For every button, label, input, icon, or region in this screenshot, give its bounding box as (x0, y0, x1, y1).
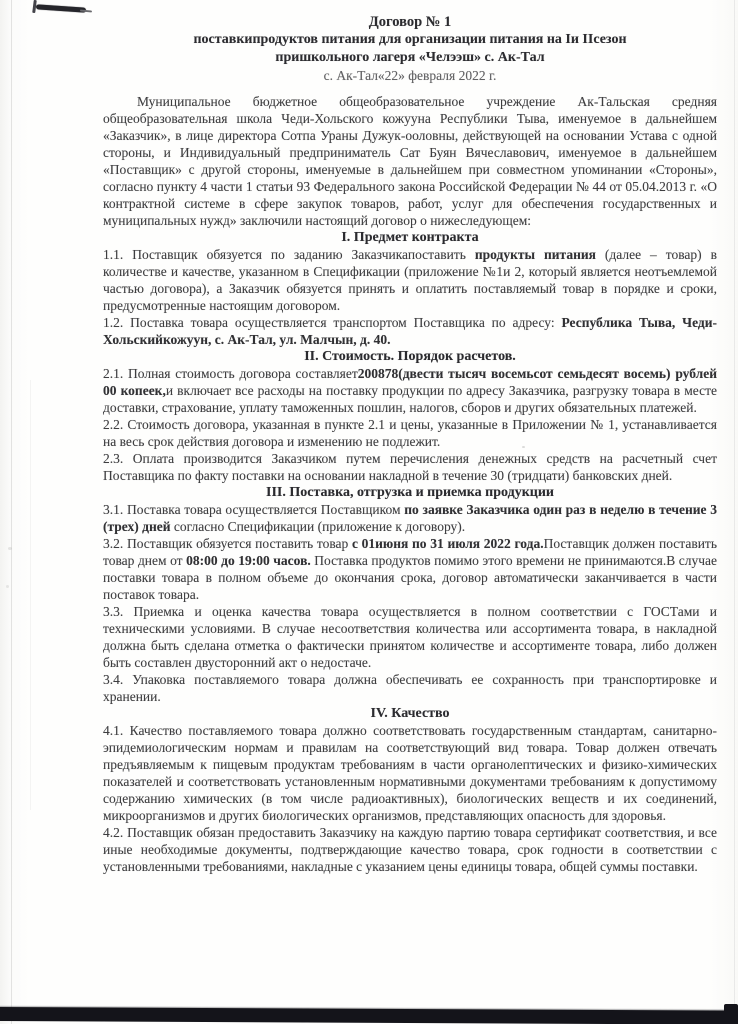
contract-body: Муниципальное бюджетное общеобразователь… (103, 93, 717, 875)
clause-3-1: 3.1. Поставка товара осуществляется Пост… (103, 501, 717, 535)
scanner-black-bar (0, 1007, 738, 1024)
clause-3-3: 3.3. Приемка и оценка качества товара ос… (103, 603, 717, 671)
pen-stroke-mark (36, 4, 86, 12)
preamble-paragraph: Муниципальное бюджетное общеобразователь… (103, 93, 717, 229)
clause-4-1: 4.1. Качество поставляемого товара должн… (103, 722, 717, 824)
clause-3-2: 3.2. Поставщик обязуется поставить товар… (103, 535, 717, 603)
section-delivery: III. Поставка, отгрузка и приемка продук… (103, 484, 717, 705)
title-block: Договор № 1 поставкипродуктов питания дл… (103, 13, 717, 85)
page-crease-line (30, 380, 31, 810)
section-cost: II. Стоимость. Порядок расчетов. 2.1. По… (103, 348, 717, 484)
contract-subtitle-line1: поставкипродуктов питания для организаци… (103, 31, 717, 49)
page-edge-line-right (734, 0, 735, 1024)
scan-speck (8, 547, 12, 550)
clause-1-1: 1.1. Поставщик обязуется по заданию Зака… (103, 246, 717, 314)
contract-subtitle-line2: пришкольного лагеря «Челээш» с. Ак-Тал (103, 49, 717, 67)
section-heading-2: II. Стоимость. Порядок расчетов. (103, 348, 717, 365)
section-heading-3: III. Поставка, отгрузка и приемка продук… (103, 484, 717, 501)
clause-2-2: 2.2. Стоимость договора, указанная в пун… (103, 416, 717, 450)
contract-title: Договор № 1 (103, 13, 717, 31)
scan-speck (6, 585, 9, 588)
clause-1-2: 1.2. Поставка товара осуществляется тран… (103, 314, 717, 348)
section-subject: I. Предмет контракта 1.1. Поставщик обяз… (103, 229, 717, 348)
section-quality: IV. Качество 4.1. Качество поставляемого… (103, 705, 717, 875)
section-heading-1: I. Предмет контракта (103, 229, 717, 246)
contract-place-date: с. Ак-Тал«22» февраля 2022 г. (103, 67, 717, 85)
clause-2-3: 2.3. Оплата производится Заказчиком путе… (103, 450, 717, 484)
clause-3-4: 3.4. Упаковка поставляемого товара должн… (103, 671, 717, 705)
scanned-page: Договор № 1 поставкипродуктов питания дл… (0, 0, 738, 1024)
contract-document: Договор № 1 поставкипродуктов питания дл… (103, 13, 717, 875)
clause-4-2: 4.2. Поставщик обязан предоставить Заказ… (103, 824, 717, 875)
section-heading-4: IV. Качество (103, 705, 717, 722)
page-edge-line-left (11, 0, 12, 1024)
scanner-black-bar-notch (724, 1004, 738, 1014)
clause-2-1: 2.1. Полная стоимость договора составляе… (103, 365, 717, 416)
